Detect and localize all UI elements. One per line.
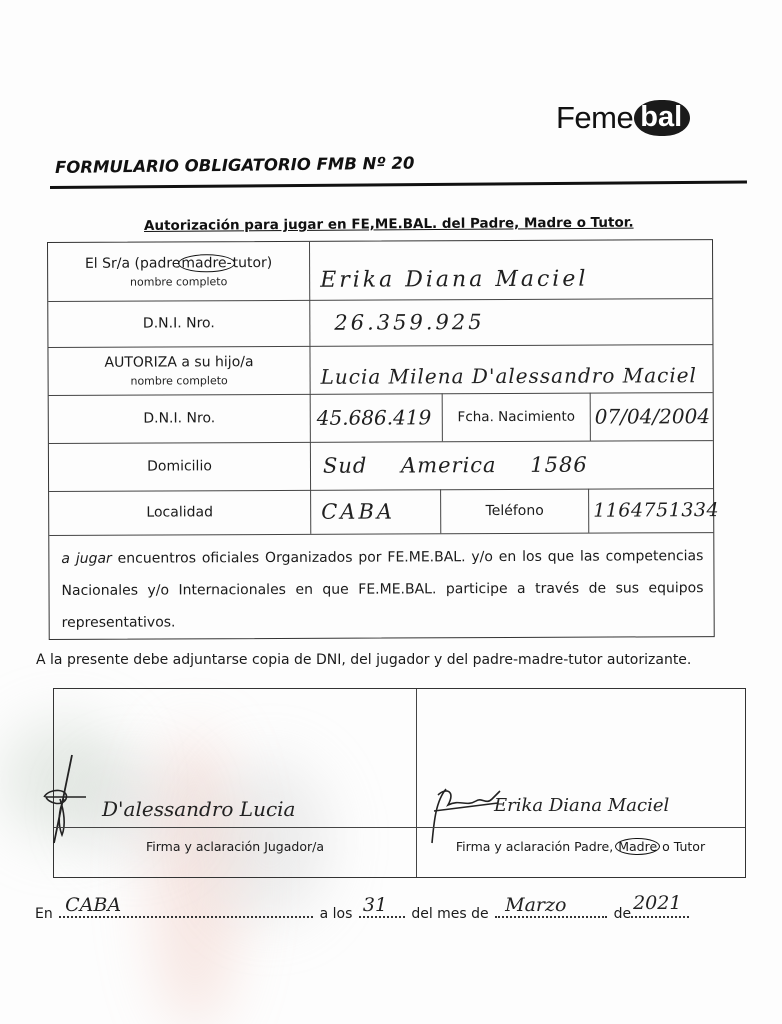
row-child-name: AUTORIZA a su hijo/a nombre completo Luc… (48, 344, 712, 396)
phone-field[interactable]: 1164751334 (589, 488, 713, 533)
place-field[interactable]: CABA (59, 902, 313, 918)
year-value: 2021 (633, 892, 681, 914)
row-child-dni: D.N.I. Nro. 45.686.419 Fcha. Nacimiento … (49, 392, 713, 444)
day-value: 31 (363, 894, 387, 916)
day-field[interactable]: 31 (359, 902, 405, 918)
guardian-signature-name: Erika Diana Maciel (494, 795, 669, 816)
month-value: Marzo (505, 894, 566, 916)
player-signature-area[interactable]: D'alessandro Lucia Firma y aclaración Ju… (54, 689, 417, 877)
guardian-signature-area[interactable]: Erika Diana Maciel Firma y aclaración Pa… (416, 689, 745, 877)
caption-text: Firma y aclaración Padre, (456, 839, 613, 854)
authorization-table: El Sr/a (padremadre-tutor) nombre comple… (47, 239, 715, 640)
label-text: tutor) (233, 255, 273, 271)
year-field[interactable]: 2021 (631, 902, 689, 918)
label-text: El Sr/a (padre (85, 255, 181, 271)
child-name-label: AUTORIZA a su hijo/a nombre completo (48, 346, 310, 395)
authorization-text: a jugar encuentros oficiales Organizados… (61, 540, 703, 639)
place-date-line: En CABA a los 31 del mes de Marzo de2021 (35, 902, 691, 922)
label-subtext: nombre completo (130, 275, 227, 288)
form-title: FORMULARIO OBLIGATORIO FMB Nº 20 (55, 154, 415, 177)
signature-line (54, 827, 416, 828)
parent-name-field[interactable]: Erika Diana Maciel (310, 240, 712, 300)
month-field[interactable]: Marzo (495, 902, 607, 918)
player-signature-name: D'alessandro Lucia (102, 797, 295, 821)
en-label: En (35, 906, 53, 922)
legal-text-lead: a jugar (61, 551, 111, 567)
birth-date-field[interactable]: 07/04/2004 (591, 392, 713, 441)
row-address: Domicilio Sud America 1586 (49, 440, 713, 492)
player-signature-caption: Firma y aclaración Jugador/a (54, 839, 416, 854)
locality-label: Localidad (49, 490, 311, 535)
femebal-logo: Femebal (556, 98, 690, 138)
parent-dni-label: D.N.I. Nro. (48, 300, 310, 347)
locality-field[interactable]: CABA (311, 489, 441, 534)
address-label: Domicilio (49, 442, 311, 491)
label-subtext: nombre completo (130, 374, 227, 387)
row-locality: Localidad CABA Teléfono 1164751334 (49, 488, 713, 536)
parent-name-label: El Sr/a (padremadre-tutor) nombre comple… (48, 242, 310, 301)
form-subtitle: Autorización para jugar en FE,ME.BAL. de… (144, 215, 634, 234)
address-field[interactable]: Sud America 1586 (311, 440, 713, 490)
row-parent-dni: D.N.I. Nro. 26.359.925 (48, 298, 712, 348)
circled-option: madre- (178, 254, 234, 272)
caption-text: o Tutor (662, 839, 705, 854)
legal-text-body: encuentros oficiales Organizados por FE.… (61, 548, 703, 631)
birth-date-label: Fcha. Nacimiento (443, 393, 591, 442)
logo-text: Feme (556, 100, 633, 136)
parent-dni-field[interactable]: 26.359.925 (310, 298, 712, 346)
place-value: CABA (65, 894, 121, 916)
child-dni-label: D.N.I. Nro. (49, 394, 311, 443)
label-text: AUTORIZA a su hijo/a (104, 354, 253, 371)
child-dni-field[interactable]: 45.686.419 (311, 393, 443, 442)
year-label: de (614, 906, 632, 922)
month-label: del mes de (411, 906, 488, 922)
child-name-field[interactable]: Lucia Milena D'alessandro Maciel (310, 344, 712, 394)
row-parent-name: El Sr/a (padremadre-tutor) nombre comple… (48, 240, 712, 302)
guardian-signature-caption: Firma y aclaración Padre, Madre o Tutor (416, 839, 745, 854)
signature-scribble-icon (40, 749, 100, 849)
title-divider (50, 181, 747, 189)
a-los-label: a los (320, 906, 353, 922)
circled-option: Madre (615, 838, 660, 855)
logo-badge: bal (634, 100, 690, 136)
signature-box: D'alessandro Lucia Firma y aclaración Ju… (53, 688, 746, 878)
attachment-note: A la presente debe adjuntarse copia de D… (36, 652, 691, 668)
phone-label: Teléfono (441, 489, 589, 534)
signature-line (416, 827, 745, 828)
